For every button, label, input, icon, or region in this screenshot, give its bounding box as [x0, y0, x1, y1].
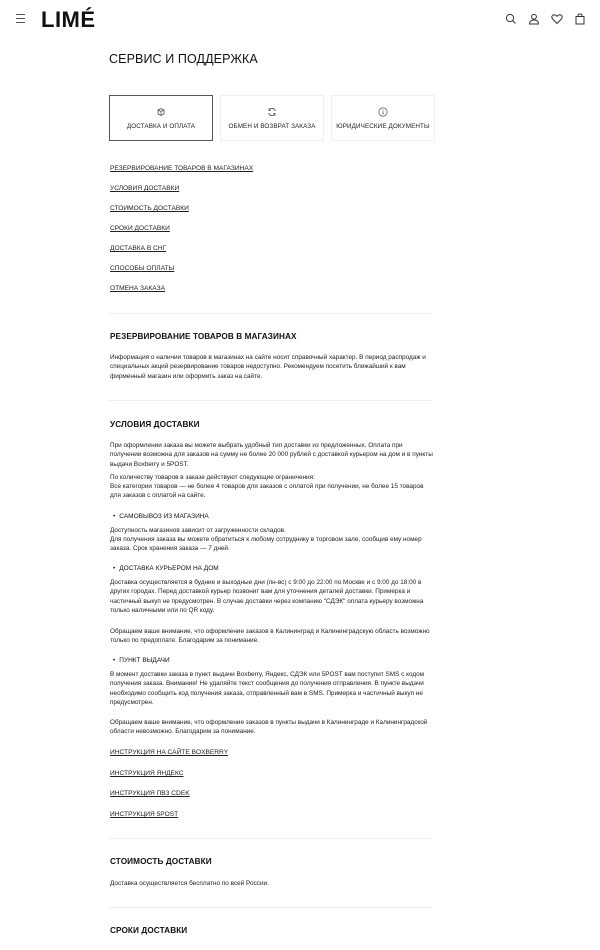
anchor-terms[interactable]: СРОКИ ДОСТАВКИ [110, 225, 253, 245]
anchor-cancel[interactable]: ОТМЕНА ЗАКАЗА [110, 285, 253, 305]
anchor-cost[interactable]: СТОИМОСТЬ ДОСТАВКИ [110, 205, 253, 225]
divider [109, 400, 432, 401]
tab-label: ЮРИДИЧЕСКИЕ ДОКУМЕНТЫ [336, 123, 429, 130]
tab-legal-documents[interactable]: ЮРИДИЧЕСКИЕ ДОКУМЕНТЫ [331, 95, 435, 141]
search-icon[interactable] [505, 12, 517, 26]
pvz-text: В момент доставки заказа в пункт выдачи … [110, 670, 435, 707]
link-yandex[interactable]: ИНСТРУКЦИЯ ЯНДЕКС [110, 770, 183, 777]
heart-icon[interactable] [551, 12, 563, 26]
anchor-cis[interactable]: ДОСТАВКА В СНГ [110, 245, 253, 265]
tab-label: ДОСТАВКА И ОПЛАТА [127, 123, 195, 130]
site-header: LIMÉ [0, 0, 600, 40]
section-title-conditions: УСЛОВИЯ ДОСТАВКИ [110, 420, 200, 429]
link-cdek[interactable]: ИНСТРУКЦИЯ ПВЗ CDEK [110, 790, 190, 797]
courier-note: Обращаем ваше внимание, что оформление з… [110, 627, 435, 646]
bullet-pickup: САМОВЫВОЗ ИЗ МАГАЗИНА [113, 513, 209, 520]
anchor-reserve[interactable]: РЕЗЕРВИРОВАНИЕ ТОВАРОВ В МАГАЗИНАХ [110, 165, 253, 185]
tab-label: ОБМЕН И ВОЗВРАТ ЗАКАЗА [228, 123, 315, 130]
bullet-title: ДОСТАВКА КУРЬЕРОМ НА ДОМ [119, 565, 218, 572]
limits-title: По количеству товаров в заказе действуют… [110, 473, 435, 482]
link-5post[interactable]: ИНСТРУКЦИЯ 5POST [110, 811, 178, 818]
divider [109, 907, 432, 908]
limits-text: Все категории товаров — не более 4 товар… [110, 482, 435, 501]
delivery-box-icon [156, 107, 166, 117]
header-actions [505, 12, 586, 26]
anchor-conditions[interactable]: УСЛОВИЯ ДОСТАВКИ [110, 185, 253, 205]
bullet-courier: ДОСТАВКА КУРЬЕРОМ НА ДОМ [113, 565, 219, 572]
divider [109, 838, 432, 839]
pvz-note: Обращаем ваше внимание, что оформление з… [110, 718, 435, 737]
pickup-line2: Для получения заказа вы можете обратитьс… [110, 535, 435, 554]
bag-icon[interactable] [574, 12, 586, 26]
bullet-title: ПУНКТ ВЫДАЧИ [119, 657, 169, 664]
section-title-terms: СРОКИ ДОСТАВКИ [110, 926, 187, 935]
service-tabs: ДОСТАВКА И ОПЛАТА ОБМЕН И ВОЗВРАТ ЗАКАЗА… [109, 95, 435, 141]
bullet-pvz: ПУНКТ ВЫДАЧИ [113, 657, 170, 664]
section-title-reserve: РЕЗЕРВИРОВАНИЕ ТОВАРОВ В МАГАЗИНАХ [110, 332, 297, 341]
link-boxberry[interactable]: ИНСТРУКЦИЯ НА САЙТЕ BOXBERRY [110, 749, 228, 756]
pickup-line1: Доступность магазинов зависит от загруже… [110, 526, 435, 535]
tab-exchange-return[interactable]: ОБМЕН И ВОЗВРАТ ЗАКАЗА [220, 95, 324, 141]
page-title: СЕРВИС И ПОДДЕРЖКА [109, 52, 258, 66]
info-icon [378, 107, 388, 117]
section-anchor-list: РЕЗЕРВИРОВАНИЕ ТОВАРОВ В МАГАЗИНАХ УСЛОВ… [110, 165, 253, 305]
menu-icon[interactable] [16, 14, 25, 23]
refresh-icon [267, 107, 277, 117]
courier-text: Доставка осуществляется в будние и выход… [110, 578, 435, 615]
bullet-title: САМОВЫВОЗ ИЗ МАГАЗИНА [119, 513, 208, 520]
divider [109, 313, 432, 314]
account-icon[interactable] [528, 12, 540, 26]
brand-logo[interactable]: LIMÉ [41, 9, 96, 31]
reserve-text: Информация о наличии товаров в магазинах… [110, 353, 435, 381]
conditions-intro: При оформлении заказа вы можете выбрать … [110, 441, 435, 469]
cost-text: Доставка осуществляется бесплатно по все… [110, 879, 435, 888]
tab-delivery-payment[interactable]: ДОСТАВКА И ОПЛАТА [109, 95, 213, 141]
section-title-cost: СТОИМОСТЬ ДОСТАВКИ [110, 857, 212, 866]
logo-text: LIMÉ [41, 7, 96, 32]
anchor-payment[interactable]: СПОСОБЫ ОПЛАТЫ [110, 265, 253, 285]
